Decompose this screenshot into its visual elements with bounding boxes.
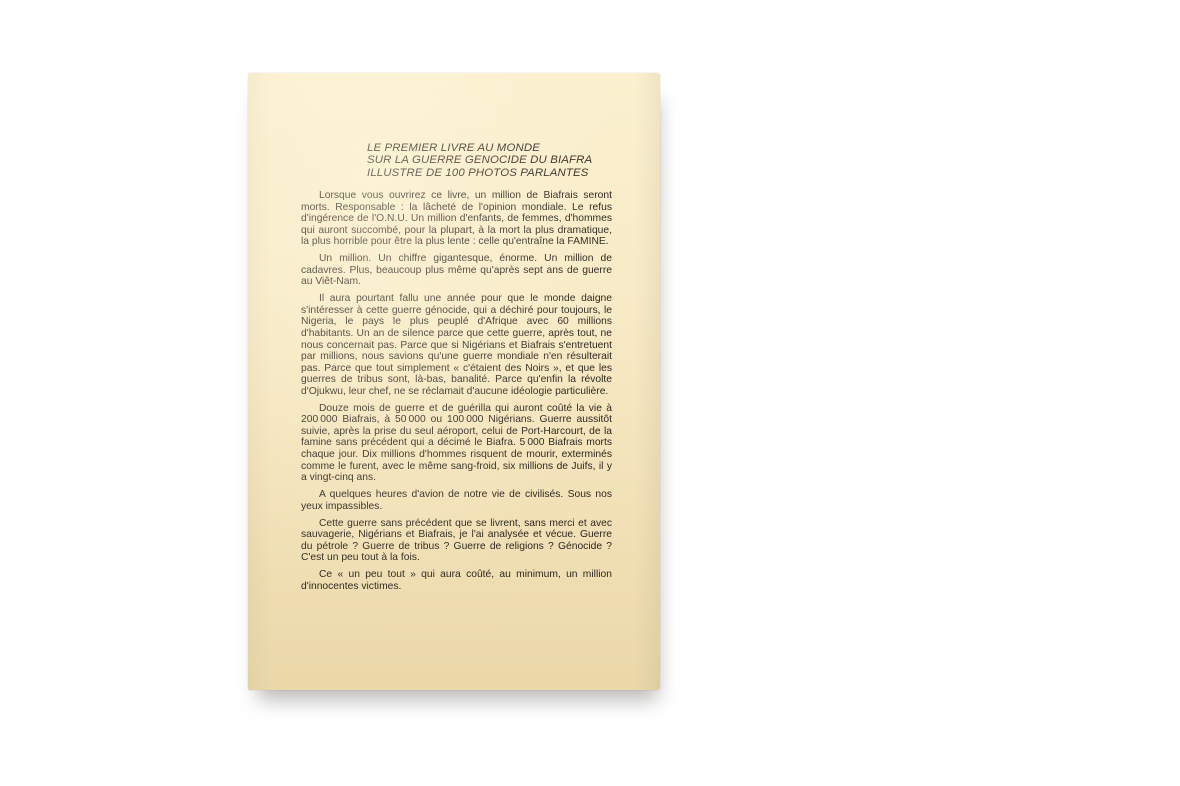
- heading-line: ILLUSTRE DE 100 PHOTOS PARLANTES: [367, 167, 592, 179]
- paragraph: A quelques heures d'avion de notre vie d…: [301, 489, 612, 512]
- paragraph: Douze mois de guerre et de guérilla qui …: [301, 403, 612, 484]
- blurb-text: Lorsque vous ouvrirez ce livre, un milli…: [301, 190, 612, 598]
- heading-line: SUR LA GUERRE GENOCIDE DU BIAFRA: [367, 154, 592, 166]
- paragraph: Ce « un peu tout » qui aura coûté, au mi…: [301, 569, 612, 592]
- photo-scene: LE PREMIER LIVRE AU MONDE SUR LA GUERRE …: [0, 0, 1180, 786]
- paragraph: Lorsque vous ouvrirez ce livre, un milli…: [301, 190, 612, 248]
- book-back-cover: LE PREMIER LIVRE AU MONDE SUR LA GUERRE …: [248, 73, 660, 690]
- paragraph: Cette guerre sans précédent que se livre…: [301, 518, 612, 564]
- paragraph: Un million. Un chiffre gigantesque, énor…: [301, 253, 612, 288]
- paragraph: Il aura pourtant fallu une année pour qu…: [301, 293, 612, 397]
- heading-line: LE PREMIER LIVRE AU MONDE: [367, 142, 592, 154]
- cover-heading: LE PREMIER LIVRE AU MONDE SUR LA GUERRE …: [367, 142, 592, 179]
